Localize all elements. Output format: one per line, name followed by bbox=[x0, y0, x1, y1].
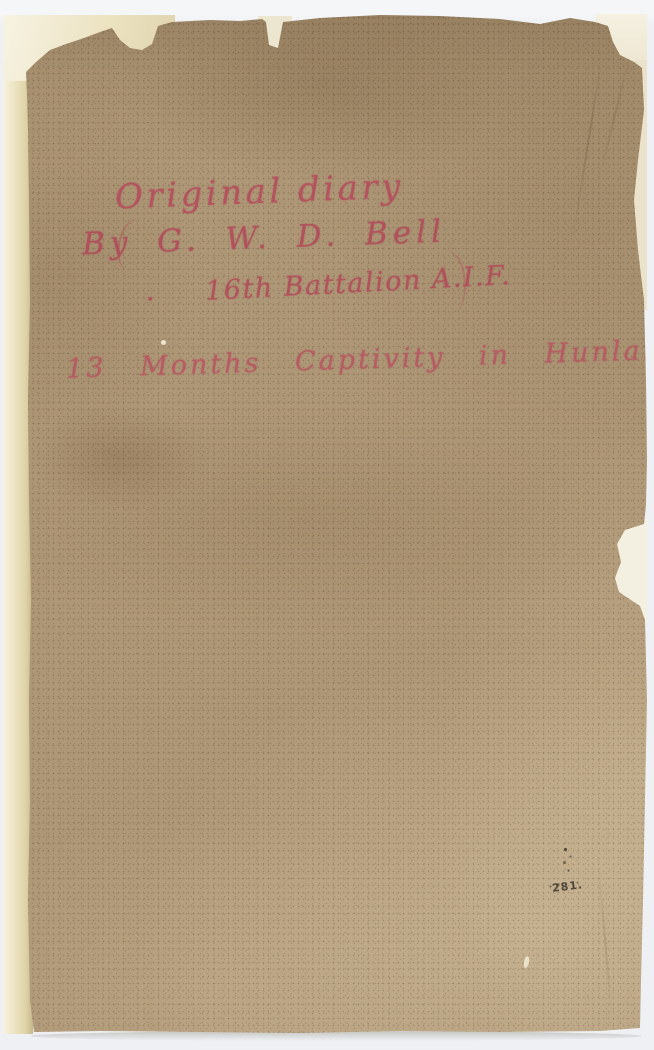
inscription-unit: 16th Battalion A.I.F. bbox=[204, 260, 512, 307]
paper-bottom-shadow bbox=[30, 1031, 642, 1041]
inscription-subtitle: 13 Months Captivity in Hunland bbox=[66, 334, 654, 384]
paper-crease bbox=[598, 52, 631, 179]
diary-cover-paper: Original diary By G. W. D. Bell . 16th B… bbox=[26, 14, 647, 1034]
photograph-background: Original diary By G. W. D. Bell . 16th B… bbox=[0, 0, 654, 1050]
inscription-author: By G. W. D. Bell bbox=[81, 214, 446, 263]
ink-mark-number: 281. bbox=[551, 878, 583, 895]
paper-crease bbox=[572, 61, 602, 239]
inscription-title: Original diary bbox=[114, 166, 404, 217]
inscription-pen-dot: . bbox=[146, 276, 155, 307]
ink-blot-dots bbox=[564, 848, 567, 851]
paper-fleck bbox=[523, 956, 530, 969]
ink-blot-marks: 281. bbox=[530, 840, 610, 910]
paper-fleck bbox=[161, 340, 166, 345]
